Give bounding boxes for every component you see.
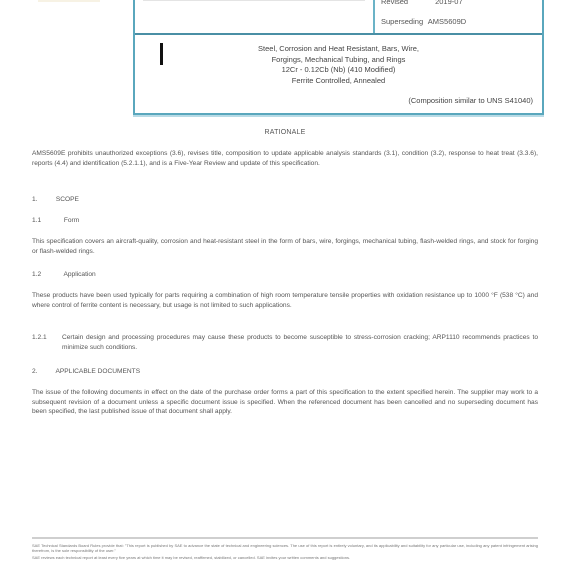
footer-line: SAE Technical Standards Board Rules prov… (32, 543, 538, 553)
footer-line: SAE reviews each technical report at lea… (32, 555, 538, 560)
revision-info: Revised 2019-07 Superseding AMS5609D (375, 0, 544, 33)
logo-remnant (38, 0, 100, 2)
rationale-heading: RATIONALE (32, 128, 538, 138)
composition-note: (Composition similar to UNS S41040) (408, 96, 533, 105)
section-application-heading: 1.2 Application (32, 270, 538, 280)
superseding-value: AMS5609D (428, 17, 466, 26)
section-title: Application (63, 271, 95, 278)
section-applicable-documents-heading: 2. APPLICABLE DOCUMENTS (32, 367, 538, 377)
footer-divider (32, 537, 538, 539)
section-number: 1. (32, 195, 54, 205)
header-top-row: Revised 2019-07 Superseding AMS5609D (135, 0, 542, 35)
revised-value: 2019-07 (435, 0, 463, 6)
rationale-text: AMS5609E prohibits unauthorized exceptio… (32, 149, 538, 168)
title-line: 12Cr - 0.12Cb (Nb) (410 Modified) (135, 65, 542, 76)
section-scope-heading: 1. SCOPE (32, 195, 538, 205)
revised-row: Revised 2019-07 (381, 0, 463, 6)
form-text: This specification covers an aircraft-qu… (32, 237, 538, 256)
superseding-row: Superseding AMS5609D (381, 17, 466, 26)
application-note-text: Certain design and processing procedures… (62, 333, 538, 352)
section-number: 2. (32, 367, 54, 377)
title-cell: Steel, Corrosion and Heat Resistant, Bar… (135, 35, 542, 113)
header-box: Revised 2019-07 Superseding AMS5609D Ste… (133, 0, 544, 115)
section-title: APPLICABLE DOCUMENTS (55, 368, 140, 375)
section-number: 1.2 (32, 270, 62, 280)
title-line: Steel, Corrosion and Heat Resistant, Bar… (135, 44, 542, 55)
section-title: SCOPE (56, 196, 79, 203)
section-title: Form (64, 217, 79, 224)
title-line: Ferrite Controlled, Annealed (135, 76, 542, 87)
revised-label: Revised (381, 0, 433, 6)
section-number: 1.1 (32, 216, 62, 226)
applicable-documents-text: The issue of the following documents in … (32, 388, 538, 417)
section-form-heading: 1.1 Form (32, 216, 538, 226)
application-text: These products have been used typically … (32, 291, 538, 310)
document-title: Steel, Corrosion and Heat Resistant, Bar… (135, 44, 542, 86)
header-left-cell (135, 0, 375, 33)
footer-notice: SAE Technical Standards Board Rules prov… (32, 543, 538, 562)
faded-header-text (143, 0, 365, 1)
title-line: Forgings, Mechanical Tubing, and Rings (135, 55, 542, 66)
application-note: 1.2.1 Certain design and processing proc… (32, 333, 538, 352)
superseding-label: Superseding (381, 17, 423, 26)
document-page: Revised 2019-07 Superseding AMS5609D Ste… (0, 0, 570, 570)
section-number: 1.2.1 (32, 333, 62, 352)
